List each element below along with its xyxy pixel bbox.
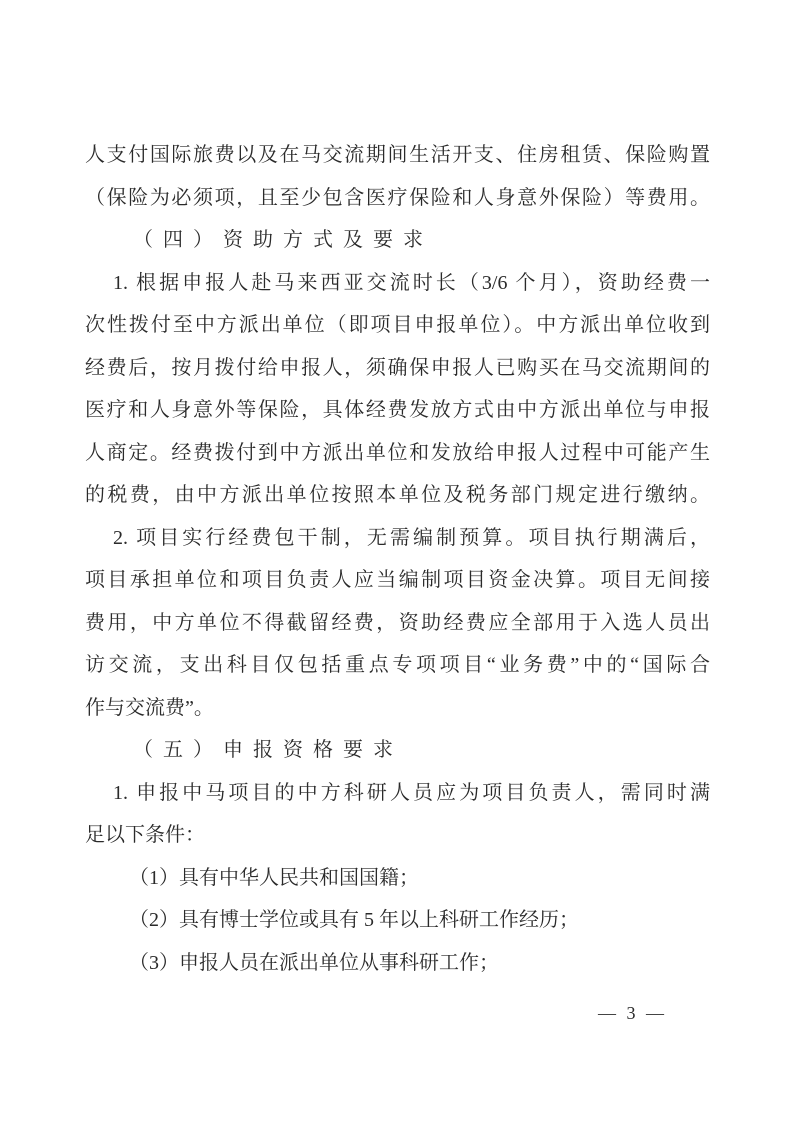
body-text-line: 2. 项目实行经费包干制，无需编制预算。项目执行期满后， bbox=[85, 517, 710, 560]
body-text-line: 费用，中方单位不得截留经费，资助经费应全部用于入选人员出 bbox=[85, 602, 710, 645]
body-text-line: 项目承担单位和项目负责人应当编制项目资金决算。项目无间接 bbox=[85, 559, 710, 602]
list-item: （1）具有中华人民共和国国籍； bbox=[85, 857, 710, 900]
section-heading: （四）资助方式及要求 bbox=[85, 219, 710, 262]
text-block: 人支付国际旅费以及在马交流期间生活开支、住房租赁、保险购置 （保险为必须项，且至… bbox=[85, 134, 710, 984]
body-text-line: 人商定。经费拨付到中方派出单位和发放给申报人过程中可能产生 bbox=[85, 432, 710, 475]
body-text-line: 足以下条件： bbox=[85, 814, 710, 857]
body-text-line: （保险为必须项，且至少包含医疗保险和人身意外保险）等费用。 bbox=[85, 177, 710, 220]
document-page: 人支付国际旅费以及在马交流期间生活开支、住房租赁、保险购置 （保险为必须项，且至… bbox=[0, 0, 794, 1123]
body-text-line: 次性拨付至中方派出单位（即项目申报单位）。中方派出单位收到 bbox=[85, 304, 710, 347]
body-text-line: 访交流，支出科目仅包括重点专项项目“业务费”中的“国际合 bbox=[85, 644, 710, 687]
body-text-line: 1. 申报中马项目的中方科研人员应为项目负责人，需同时满 bbox=[85, 772, 710, 815]
body-text-line: 作与交流费”。 bbox=[85, 687, 710, 730]
body-text-line: 人支付国际旅费以及在马交流期间生活开支、住房租赁、保险购置 bbox=[85, 134, 710, 177]
list-item: （3）申报人员在派出单位从事科研工作； bbox=[85, 942, 710, 985]
body-text-line: 医疗和人身意外等保险，具体经费发放方式由中方派出单位与申报 bbox=[85, 389, 710, 432]
section-heading: （五）申报资格要求 bbox=[85, 729, 710, 772]
list-item: （2）具有博士学位或具有 5 年以上科研工作经历； bbox=[85, 899, 710, 942]
body-text-line: 的税费，由中方派出单位按照本单位及税务部门规定进行缴纳。 bbox=[85, 474, 710, 517]
page-number: — 3 — bbox=[598, 1001, 667, 1025]
body-text-line: 经费后，按月拨付给申报人，须确保申报人已购买在马交流期间的 bbox=[85, 347, 710, 390]
body-text-line: 1. 根据申报人赴马来西亚交流时长（3/6 个月），资助经费一 bbox=[85, 262, 710, 305]
